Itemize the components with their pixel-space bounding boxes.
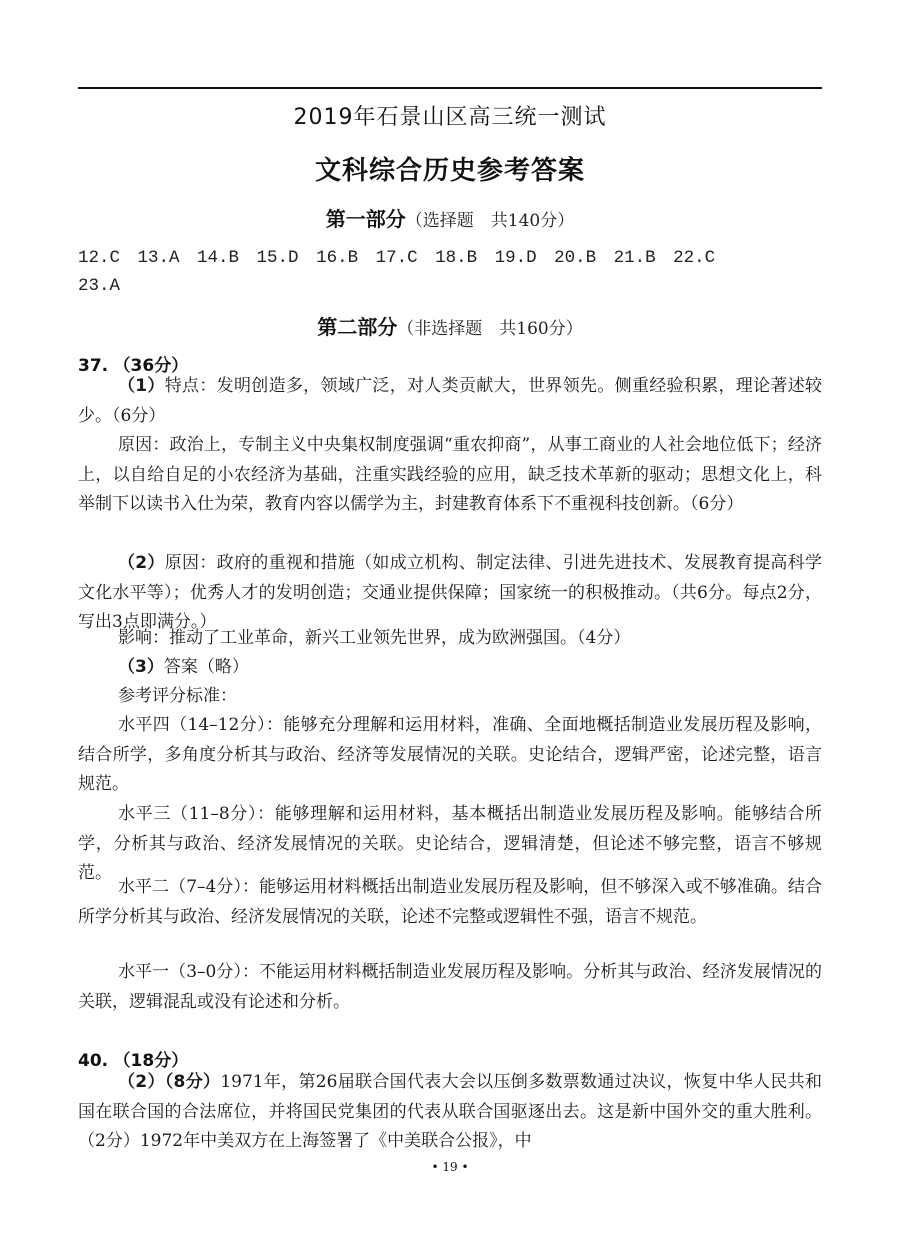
answer-item: 13.A [138, 248, 180, 268]
q37-part1-reasons: 原因：政治上，专制主义中央集权制度强调“重农抑商”，从事工商业的人社会地位低下；… [78, 431, 822, 520]
answer-item: 15.D [257, 248, 299, 268]
part2-heading: 第二部分（非选择题 共160分） [0, 311, 900, 340]
part2-title: 第二部分 [317, 315, 397, 339]
subquestion-label: （2） [118, 553, 165, 573]
header-rule [78, 87, 822, 89]
part1-note: （选择题 共140分） [406, 211, 574, 231]
document-title: 文科综合历史参考答案 [0, 150, 900, 187]
scoring-level-2: 水平二（7–4分）：能够运用材料概括出制造业发展历程及影响，但不够深入或不够准确… [78, 873, 822, 932]
answer-text: 原因：政府的重视和措施（如成立机构、制定法律、引进先进技术、发展教育提高科学文化… [78, 553, 822, 632]
page-number: • 19 • [0, 1160, 900, 1174]
part1-heading: 第一部分（选择题 共140分） [0, 203, 900, 232]
q37-part3: （3）答案（略） [78, 653, 822, 683]
subquestion-label: （3） [118, 657, 164, 677]
multiple-choice-answers: 12.C13.A14.B15.D16.B17.C18.B19.D20.B21.B… [78, 244, 828, 300]
q37-part1-features: （1）特点：发明创造多，领域广泛，对人类贡献大，世界领先。侧重经验积累，理论著述… [78, 372, 822, 431]
scoring-criteria-title: 参考评分标准： [78, 682, 822, 712]
subquestion-label: （2） [118, 1072, 165, 1092]
subquestion-label: （1） [118, 376, 165, 396]
exam-title: 2019年石景山区高三统一测试 [0, 100, 900, 131]
answer-item: 18.B [435, 248, 477, 268]
scoring-level-1: 水平一（3–0分）：不能运用材料概括制造业发展历程及影响。分析其与政治、经济发展… [78, 958, 822, 1017]
q37-part2-effect: 影响：推动了工业革命，新兴工业领先世界，成为欧洲强国。（4分） [78, 624, 822, 654]
part1-title: 第一部分 [326, 207, 406, 231]
subquestion-score: （8分） [165, 1072, 221, 1092]
answer-item: 20.B [554, 248, 596, 268]
answer-item: 19.D [495, 248, 537, 268]
answer-item: 23.A [78, 276, 120, 296]
answer-item: 16.B [316, 248, 358, 268]
scoring-level-4: 水平四（14–12分）：能够充分理解和运用材料，准确、全面地概括制造业发展历程及… [78, 711, 822, 800]
answer-item: 17.C [376, 248, 418, 268]
answer-item: 12.C [78, 248, 120, 268]
answer-text: 答案（略） [164, 657, 249, 677]
answer-item: 14.B [197, 248, 239, 268]
answer-text: 特点：发明创造多，领域广泛，对人类贡献大，世界领先。侧重经验积累，理论著述较少。… [78, 376, 822, 426]
q40-part2: （2）（8分）1971年，第26届联合国代表大会以压倒多数票数通过决议，恢复中华… [78, 1068, 822, 1157]
answer-item: 22.C [673, 248, 715, 268]
part2-note: （非选择题 共160分） [397, 319, 582, 339]
answer-item: 21.B [614, 248, 656, 268]
